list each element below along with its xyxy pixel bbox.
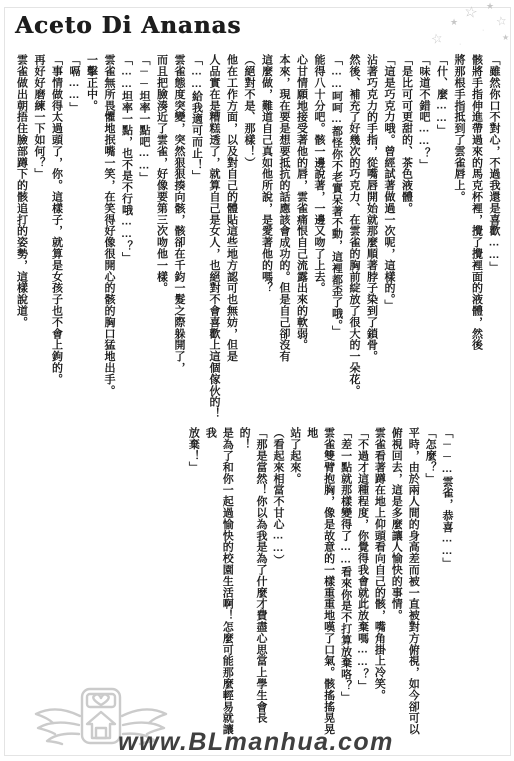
text-block-main: 「雖然你口不對心，不過我還是喜歡……」骸將手指伸進帶過來的馬克杯裡，攪了攪裡面的… (12, 54, 502, 426)
text-column: 本來，現在要是想要抵抗的話應該會成功的。但是自己卻沒有 (275, 54, 293, 426)
text-column: 「什、麼……」 (432, 54, 450, 426)
text-column: 然後、補充了好幾次的巧克力、在雲雀的胸前綻放了很大的一朵花。 (345, 54, 363, 426)
text-column: 雲雀雙臂抱胸，像是故意的一樣重重地嘆了口氣。骸搖搖晃晃地 (303, 427, 337, 739)
star-icon: ☆ (463, 4, 479, 21)
text-column: 雲雀態度突變，突然狠狠揍向骸，骸卻在千鈞一髮之際躲開了， (170, 54, 188, 426)
text-column: 俯視回去，這是多麼讓人愉快的事情。 (387, 427, 404, 739)
text-column: 「不過才這種程度，你覺得我會就此放棄嗎……？」 (354, 427, 371, 739)
text-column: 站了起來。 (286, 427, 303, 739)
text-column: 「──…雲雀，恭喜……」 (438, 427, 455, 739)
text-column: 「……呵呵…都怪你不老實呆著不動，這裡都歪了哦。」 (327, 54, 345, 426)
text-column: 「事情做得太過頭了，你。這樣子，就算是女孩子也不會上鉤的。 (47, 54, 65, 426)
text-column: 雲雀看著蹲在地上仰頭看向自己的骸，嘴角掛上冷笑。 (370, 427, 387, 739)
text-column: 是為了和你一起過愉快的校園生活啊！怎麼可能那麼輕易就讓我 (201, 427, 235, 739)
text-column: （看起來相當不甘心……） (269, 427, 286, 739)
text-column: 沾著巧克力的手指，從嘴唇開始就那麼順著脖子染到了鎖骨。 (362, 54, 380, 426)
text-column: 「雖然你口不對心，不過我還是喜歡……」 (485, 54, 503, 426)
text-block-lower: 「──…雲雀，恭喜……」「怎麼？」平時，由於兩人間的身高差而被一直被對方俯視，如… (185, 427, 456, 739)
text-column: 雲雀無所畏懼地抿嘴一笑，在笑得好像很開心的骸的胸口猛地出手。 (100, 54, 118, 426)
star-icon: ★ (502, 34, 509, 42)
text-column: 心甘情願地接受著他的唇，雲雀痛恨自己流露出來的軟弱。 (292, 54, 310, 426)
text-column: 這麼做，難道自己真如他所說，是愛著他的嗎？ (257, 54, 275, 426)
page-title: Aceto Di Ananas (15, 12, 241, 39)
text-column: 「……給我適可而止！」 (187, 54, 205, 426)
text-column: 放棄！」 (185, 427, 202, 739)
text-column: 「──坦率一點吧……」 (135, 54, 153, 426)
text-column: 「這是巧克力哦。曾經試著做過一次呢，這樣的。」 (380, 54, 398, 426)
text-column: 而且把臉湊近了雲雀，好像要第三次吻他一樣。 (152, 54, 170, 426)
star-icon: · (459, 41, 461, 48)
star-icon: ★ (486, 2, 494, 11)
text-column: 他在工作方面，以及對自己的體貼這些地方認可也無妨，但是 (222, 54, 240, 426)
star-icon: · (482, 27, 484, 34)
text-column: 「……坦率一點，也不是不行哦……？」 (117, 54, 135, 426)
text-column: 「差一點就那樣變得了……看來你是不打算放棄咯？」 (337, 427, 354, 739)
star-icon: ☆ (495, 14, 507, 27)
text-column: 能得八十分吧。骸一邊說著，一邊又吻了上去。 (310, 54, 328, 426)
text-column: 「那是當然！你以為我是為了什麼才費盡心思當上學生會長的！ (235, 427, 269, 739)
text-column: 「怎麼？」 (421, 427, 438, 739)
text-column: 再好好磨練一下如何？」 (30, 54, 48, 426)
star-icon: ★ (450, 18, 458, 27)
text-column: 「嗝……」 (65, 54, 83, 426)
text-column: 「味道不錯吧……？」 (415, 54, 433, 426)
watermark-url: www.BLmanhua.com (118, 728, 394, 757)
text-column: 雲雀做出朝捂住臉部蹲下的骸追打的姿勢，這樣說道。 (12, 54, 30, 426)
text-column: 平時，由於兩人間的身高差而被一直被對方俯視，如今卻可以 (404, 427, 421, 739)
text-column: 人品實在是糟糕透了，就算自己是女人，也絕對不會喜歡上這個傢伙的！ (205, 54, 223, 426)
text-column: 「是比可可更甜的、茶色液體。 (397, 54, 415, 426)
star-icon: ☆ (430, 31, 444, 46)
text-column: 將那根手指抵到了雲雀唇上。 (450, 54, 468, 426)
novel-page: Aceto Di Ananas ☆★☆★☆★·· 「雖然你口不對心，不過我還是喜… (0, 0, 514, 761)
text-column: （絕對不是、那樣！） (240, 54, 258, 426)
text-column: 骸將手指伸進帶過來的馬克杯裡，攪了攪裡面的液體，然後 (467, 54, 485, 426)
text-column: 一擊正中。 (82, 54, 100, 426)
